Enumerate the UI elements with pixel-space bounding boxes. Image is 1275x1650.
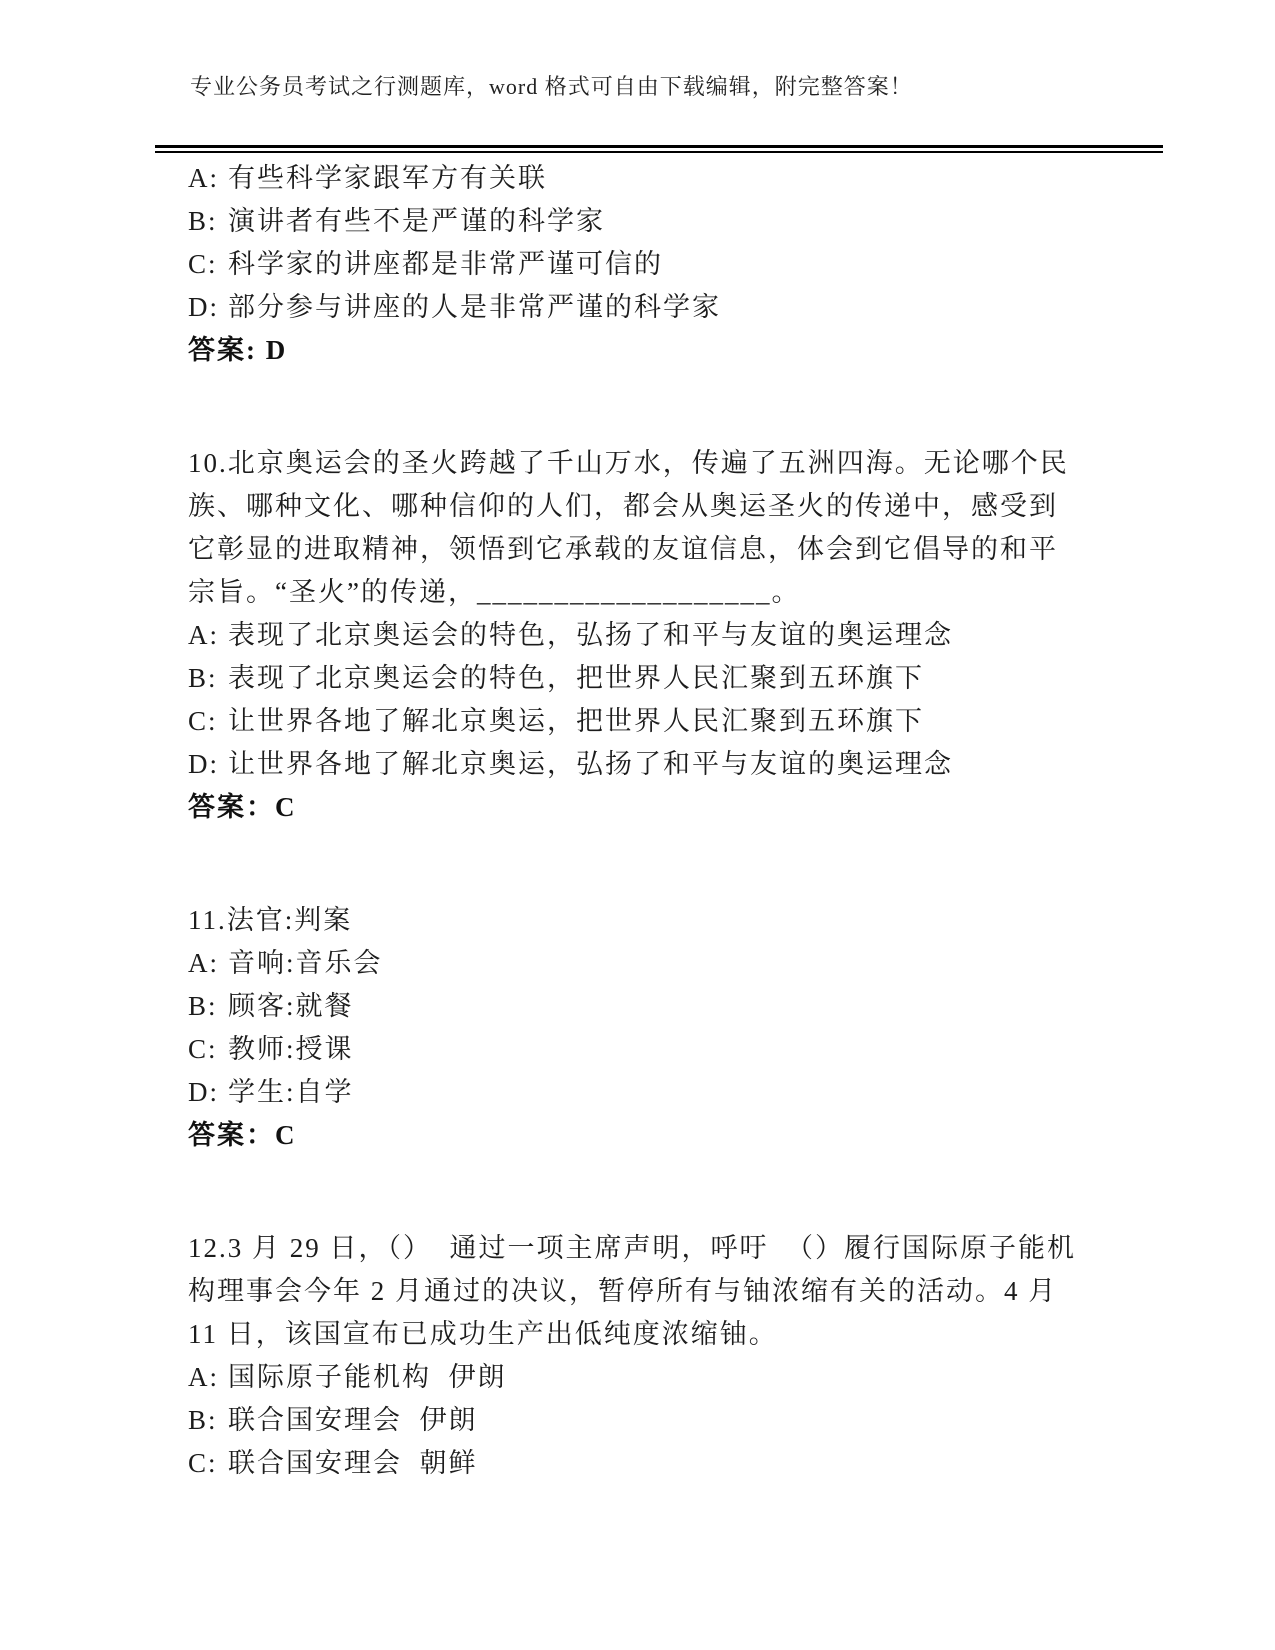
option-row: D: 学生:自学	[188, 1071, 1076, 1114]
option-text: 让世界各地了解北京奥运，把世界人民汇聚到五环旗下	[228, 700, 924, 743]
option-row: D: 让世界各地了解北京奥运，弘扬了和平与友谊的奥运理念	[188, 743, 1076, 786]
option-label: A:	[188, 1356, 228, 1399]
option-label: B:	[188, 657, 228, 700]
option-row: D: 部分参与讲座的人是非常严谨的科学家	[188, 286, 1076, 329]
question-text-line-with-blank: 宗旨。“圣火”的传递，___________________。	[188, 571, 1076, 614]
option-text: 演讲者有些不是严谨的科学家	[228, 200, 605, 243]
answer-line: 答案: D	[188, 329, 1076, 372]
question-text-line: 族、哪种文化、哪种信仰的人们，都会从奥运圣火的传递中，感受到	[188, 485, 1076, 528]
option-text: 科学家的讲座都是非常严谨可信的	[228, 243, 663, 286]
option-row: C: 科学家的讲座都是非常严谨可信的	[188, 243, 1076, 286]
option-text: 表现了北京奥运会的特色，把世界人民汇聚到五环旗下	[228, 657, 924, 700]
option-text: 部分参与讲座的人是非常严谨的科学家	[228, 286, 721, 329]
option-label: C:	[188, 1442, 228, 1485]
option-text: 让世界各地了解北京奥运，弘扬了和平与友谊的奥运理念	[228, 743, 953, 786]
option-label: D:	[188, 1071, 228, 1114]
question-text-line: 11.法官:判案	[188, 899, 1076, 942]
option-label: B:	[188, 200, 228, 243]
option-row: B: 顾客:就餐	[188, 985, 1076, 1028]
document-content: A: 有些科学家跟军方有关联 B: 演讲者有些不是严谨的科学家 C: 科学家的讲…	[188, 157, 1076, 1485]
option-label: C:	[188, 243, 228, 286]
option-text: 学生:自学	[228, 1071, 354, 1114]
header-title: 专业公务员考试之行测题库，word 格式可自由下载编辑，附完整答案！	[190, 72, 913, 102]
option-text: 有些科学家跟军方有关联	[228, 157, 547, 200]
question-block-12: 12.3 月 29 日，（） 通过一项主席声明，呼吁 （）履行国际原子能机 构理…	[188, 1227, 1076, 1485]
question-text-line: 构理事会今年 2 月通过的决议，暂停所有与铀浓缩有关的活动。4 月	[188, 1270, 1076, 1313]
question-text-line: 11 日，该国宣布已成功生产出低纯度浓缩铀。	[188, 1313, 1076, 1356]
option-row: C: 教师:授课	[188, 1028, 1076, 1071]
option-label: B:	[188, 1399, 228, 1442]
option-row: C: 联合国安理会 朝鲜	[188, 1442, 1076, 1485]
option-text: 教师:授课	[228, 1028, 354, 1071]
option-label: B:	[188, 985, 228, 1028]
answer-line: 答案：C	[188, 1114, 1076, 1157]
option-text: 顾客:就餐	[228, 985, 354, 1028]
option-text: 国际原子能机构 伊朗	[228, 1356, 507, 1399]
question-block-11: 11.法官:判案 A: 音响:音乐会 B: 顾客:就餐 C: 教师:授课 D: …	[188, 899, 1076, 1157]
option-row: A: 有些科学家跟军方有关联	[188, 157, 1076, 200]
option-row: A: 国际原子能机构 伊朗	[188, 1356, 1076, 1399]
question-text-line: 它彰显的进取精神，领悟到它承载的友谊信息，体会到它倡导的和平	[188, 528, 1076, 571]
option-row: B: 表现了北京奥运会的特色，把世界人民汇聚到五环旗下	[188, 657, 1076, 700]
answer-line: 答案：C	[188, 786, 1076, 829]
option-label: D:	[188, 743, 228, 786]
option-row: A: 音响:音乐会	[188, 942, 1076, 985]
option-text: 表现了北京奥运会的特色，弘扬了和平与友谊的奥运理念	[228, 614, 953, 657]
option-label: A:	[188, 157, 228, 200]
option-text: 联合国安理会 伊朗	[228, 1399, 478, 1442]
question-block-10: 10.北京奥运会的圣火跨越了千山万水，传遍了五洲四海。无论哪个民 族、哪种文化、…	[188, 442, 1076, 829]
option-label: A:	[188, 942, 228, 985]
question-text-line: 12.3 月 29 日，（） 通过一项主席声明，呼吁 （）履行国际原子能机	[188, 1227, 1076, 1270]
header-divider	[155, 145, 1163, 153]
option-label: A:	[188, 614, 228, 657]
option-text: 音响:音乐会	[228, 942, 383, 985]
option-row: A: 表现了北京奥运会的特色，弘扬了和平与友谊的奥运理念	[188, 614, 1076, 657]
option-label: D:	[188, 286, 228, 329]
question-block-9: A: 有些科学家跟军方有关联 B: 演讲者有些不是严谨的科学家 C: 科学家的讲…	[188, 157, 1076, 372]
option-text: 联合国安理会 朝鲜	[228, 1442, 478, 1485]
option-row: B: 演讲者有些不是严谨的科学家	[188, 200, 1076, 243]
document-page: 专业公务员考试之行测题库，word 格式可自由下载编辑，附完整答案！ A: 有些…	[0, 0, 1275, 1650]
option-row: B: 联合国安理会 伊朗	[188, 1399, 1076, 1442]
option-label: C:	[188, 1028, 228, 1071]
option-row: C: 让世界各地了解北京奥运，把世界人民汇聚到五环旗下	[188, 700, 1076, 743]
option-label: C:	[188, 700, 228, 743]
question-text-line: 10.北京奥运会的圣火跨越了千山万水，传遍了五洲四海。无论哪个民	[188, 442, 1076, 485]
